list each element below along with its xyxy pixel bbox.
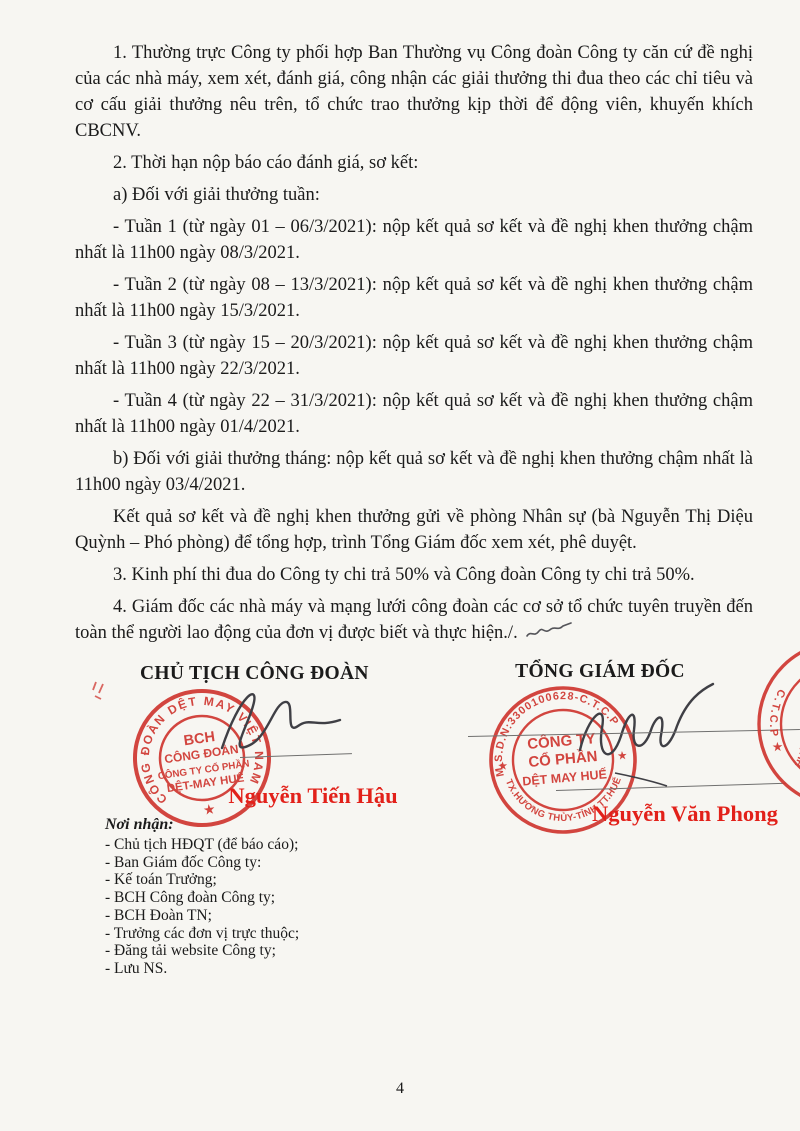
recipient-item: - Lưu NS.: [105, 960, 299, 978]
scanned-document-page: 1. Thường trực Công ty phối hợp Ban Thườ…: [0, 0, 800, 1131]
paragraph: Kết quả sơ kết và đề nghị khen thưởng gử…: [75, 504, 753, 556]
star-icon: ★: [498, 761, 508, 773]
paragraph: 3. Kinh phí thi đua do Công ty chi trả 5…: [75, 562, 753, 588]
paragraph: a) Đối với giải thưởng tuần:: [75, 182, 753, 208]
paragraph: - Tuần 1 (từ ngày 01 – 06/3/2021): nộp k…: [75, 214, 753, 266]
star-icon: ★: [203, 802, 216, 817]
paragraph: b) Đối với giải thưởng tháng: nộp kết qu…: [75, 446, 753, 498]
stray-stamp-mark: [90, 678, 112, 704]
edge-stamp-fragment: C.T.C.P ★ HUẾ: [749, 636, 800, 821]
paragraph: 1. Thường trực Công ty phối hợp Ban Thườ…: [75, 40, 753, 144]
recipients-label: Nơi nhận:: [105, 816, 299, 834]
recipient-item: - Chủ tịch HĐQT (để báo cáo);: [105, 836, 299, 854]
paragraph: - Tuần 2 (từ ngày 08 – 13/3/2021): nộp k…: [75, 272, 753, 324]
left-signatory-name: Nguyễn Tiến Hậu: [228, 783, 398, 809]
paragraph: 4. Giám đốc các nhà máy và mạng lưới côn…: [75, 594, 753, 646]
paragraph-text: 4. Giám đốc các nhà máy và mạng lưới côn…: [75, 597, 753, 643]
recipient-item: - Kế toán Trưởng;: [105, 871, 299, 889]
edge-stamp-inner-text: HUẾ: [792, 744, 800, 769]
handwritten-initial: [524, 620, 574, 642]
paragraph: - Tuần 4 (từ ngày 22 – 31/3/2021): nộp k…: [75, 388, 753, 440]
right-signature-scrawl: [555, 678, 765, 793]
recipient-item: - Trưởng các đơn vị trực thuộc;: [105, 925, 299, 943]
recipients-block: Nơi nhận: - Chủ tịch HĐQT (để báo cáo); …: [105, 816, 299, 978]
left-signature-scrawl: [200, 676, 370, 776]
paragraph: 2. Thời hạn nộp báo cáo đánh giá, sơ kết…: [75, 150, 753, 176]
paragraph: - Tuần 3 (từ ngày 15 – 20/3/2021): nộp k…: [75, 330, 753, 382]
document-body: 1. Thường trực Công ty phối hợp Ban Thườ…: [0, 0, 800, 646]
recipient-item: - Đăng tải website Công ty;: [105, 942, 299, 960]
recipient-item: - Ban Giám đốc Công ty:: [105, 854, 299, 872]
recipient-item: - BCH Đoàn TN;: [105, 907, 299, 925]
recipient-item: - BCH Công đoàn Công ty;: [105, 889, 299, 907]
page-number: 4: [0, 1080, 800, 1098]
